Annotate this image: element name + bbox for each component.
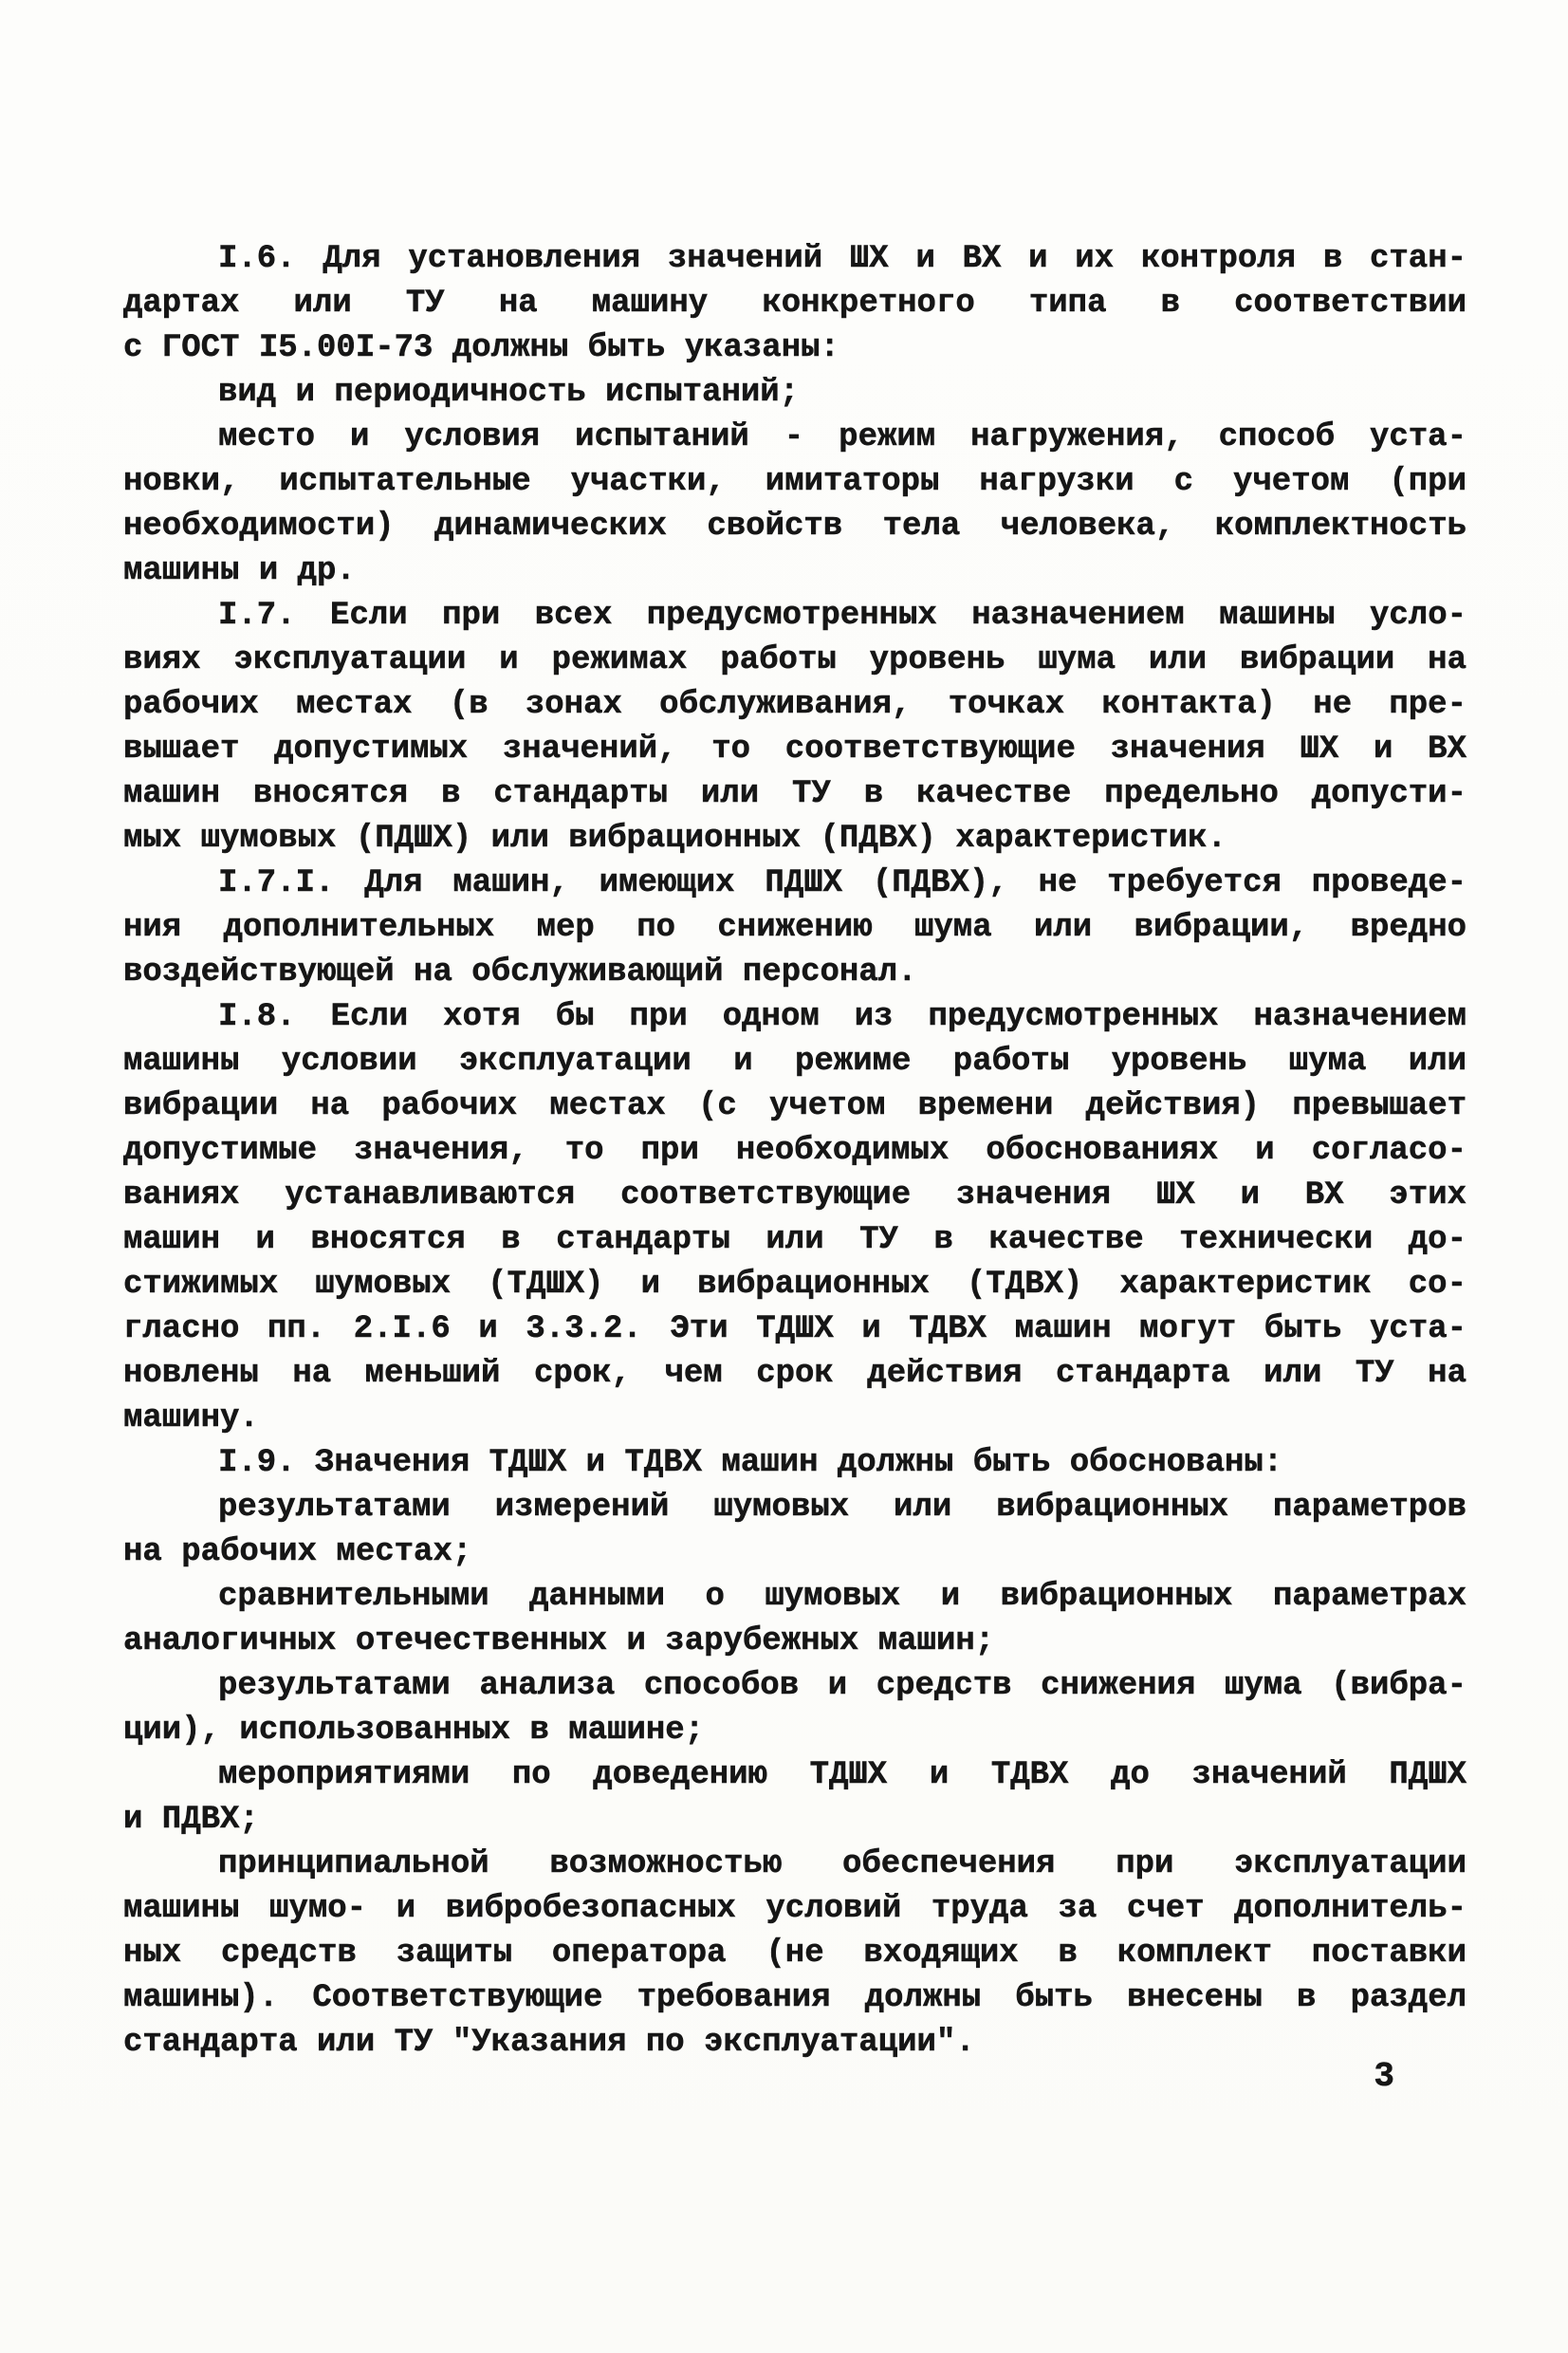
text-line: машины и др. [123, 549, 1467, 594]
text-line: I.6. Для установления значений ШХ и ВХ и… [123, 237, 1467, 282]
text-line: машину. [123, 1397, 1467, 1441]
text-line: машины). Соответствующие требования долж… [123, 1976, 1467, 2021]
scanned-page: I.6. Для установления значений ШХ и ВХ и… [0, 0, 1568, 2353]
text-line: принципиальной возможностью обеспечения … [123, 1843, 1467, 1887]
text-line: новлены на меньший срок, чем срок действ… [123, 1352, 1467, 1397]
text-line: ных средств защиты оператора (не входящи… [123, 1932, 1467, 1976]
text-line: на рабочих местах; [123, 1530, 1467, 1575]
text-line: сравнительными данными о шумовых и вибра… [123, 1575, 1467, 1620]
text-line: машин вносятся в стандарты или ТУ в каче… [123, 772, 1467, 817]
text-line: I.7.I. Для машин, имеющих ПДШХ (ПДВХ), н… [123, 862, 1467, 906]
text-line: вибрации на рабочих местах (с учетом вре… [123, 1084, 1467, 1129]
text-line: ции), использованных в машине; [123, 1709, 1467, 1753]
text-line: рабочих местах (в зонах обслуживания, то… [123, 683, 1467, 728]
page-number: 3 [123, 2057, 1394, 2096]
text-line: с ГОСТ I5.00I-73 должны быть указаны: [123, 326, 1467, 371]
text-line: гласно пп. 2.I.6 и 3.3.2. Эти ТДШХ и ТДВ… [123, 1307, 1467, 1352]
text-line: ваниях устанавливаются соответствующие з… [123, 1174, 1467, 1218]
text-line: новки, испытательные участки, имитаторы … [123, 460, 1467, 505]
text-line: дартах или ТУ на машину конкретного типа… [123, 282, 1467, 326]
text-line: место и условия испытаний - режим нагруж… [123, 416, 1467, 460]
text-line: виях эксплуатации и режимах работы урове… [123, 639, 1467, 683]
text-line: допустимые значения, то при необходимых … [123, 1129, 1467, 1174]
text-line: и ПДВХ; [123, 1798, 1467, 1843]
text-line: результатами анализа способов и средств … [123, 1664, 1467, 1709]
text-line: машин и вносятся в стандарты или ТУ в ка… [123, 1218, 1467, 1263]
text-line: мероприятиями по доведению ТДШХ и ТДВХ д… [123, 1753, 1467, 1798]
text-line: ния дополнительных мер по снижению шума … [123, 906, 1467, 951]
text-line: I.9. Значения ТДШХ и ТДВХ машин должны б… [123, 1441, 1467, 1486]
text-line: машины шумо- и вибробезопасных условий т… [123, 1887, 1467, 1932]
text-line: стижимых шумовых (ТДШХ) и вибрационных (… [123, 1263, 1467, 1307]
text-line: результатами измерений шумовых или вибра… [123, 1486, 1467, 1530]
text-line: необходимости) динамических свойств тела… [123, 505, 1467, 549]
text-line: вышает допустимых значений, то соответст… [123, 728, 1467, 772]
text-line: машины условии эксплуатации и режиме раб… [123, 1040, 1467, 1084]
text-line: I.8. Если хотя бы при одном из предусмот… [123, 995, 1467, 1040]
text-line: аналогичных отечественных и зарубежных м… [123, 1620, 1467, 1664]
document-text: I.6. Для установления значений ШХ и ВХ и… [123, 237, 1467, 2066]
text-line: мых шумовых (ПДШХ) или вибрационных (ПДВ… [123, 817, 1467, 862]
text-line: вид и периодичность испытаний; [123, 371, 1467, 416]
text-line: I.7. Если при всех предусмотренных назна… [123, 594, 1467, 639]
text-line: воздействующей на обслуживающий персонал… [123, 951, 1467, 995]
